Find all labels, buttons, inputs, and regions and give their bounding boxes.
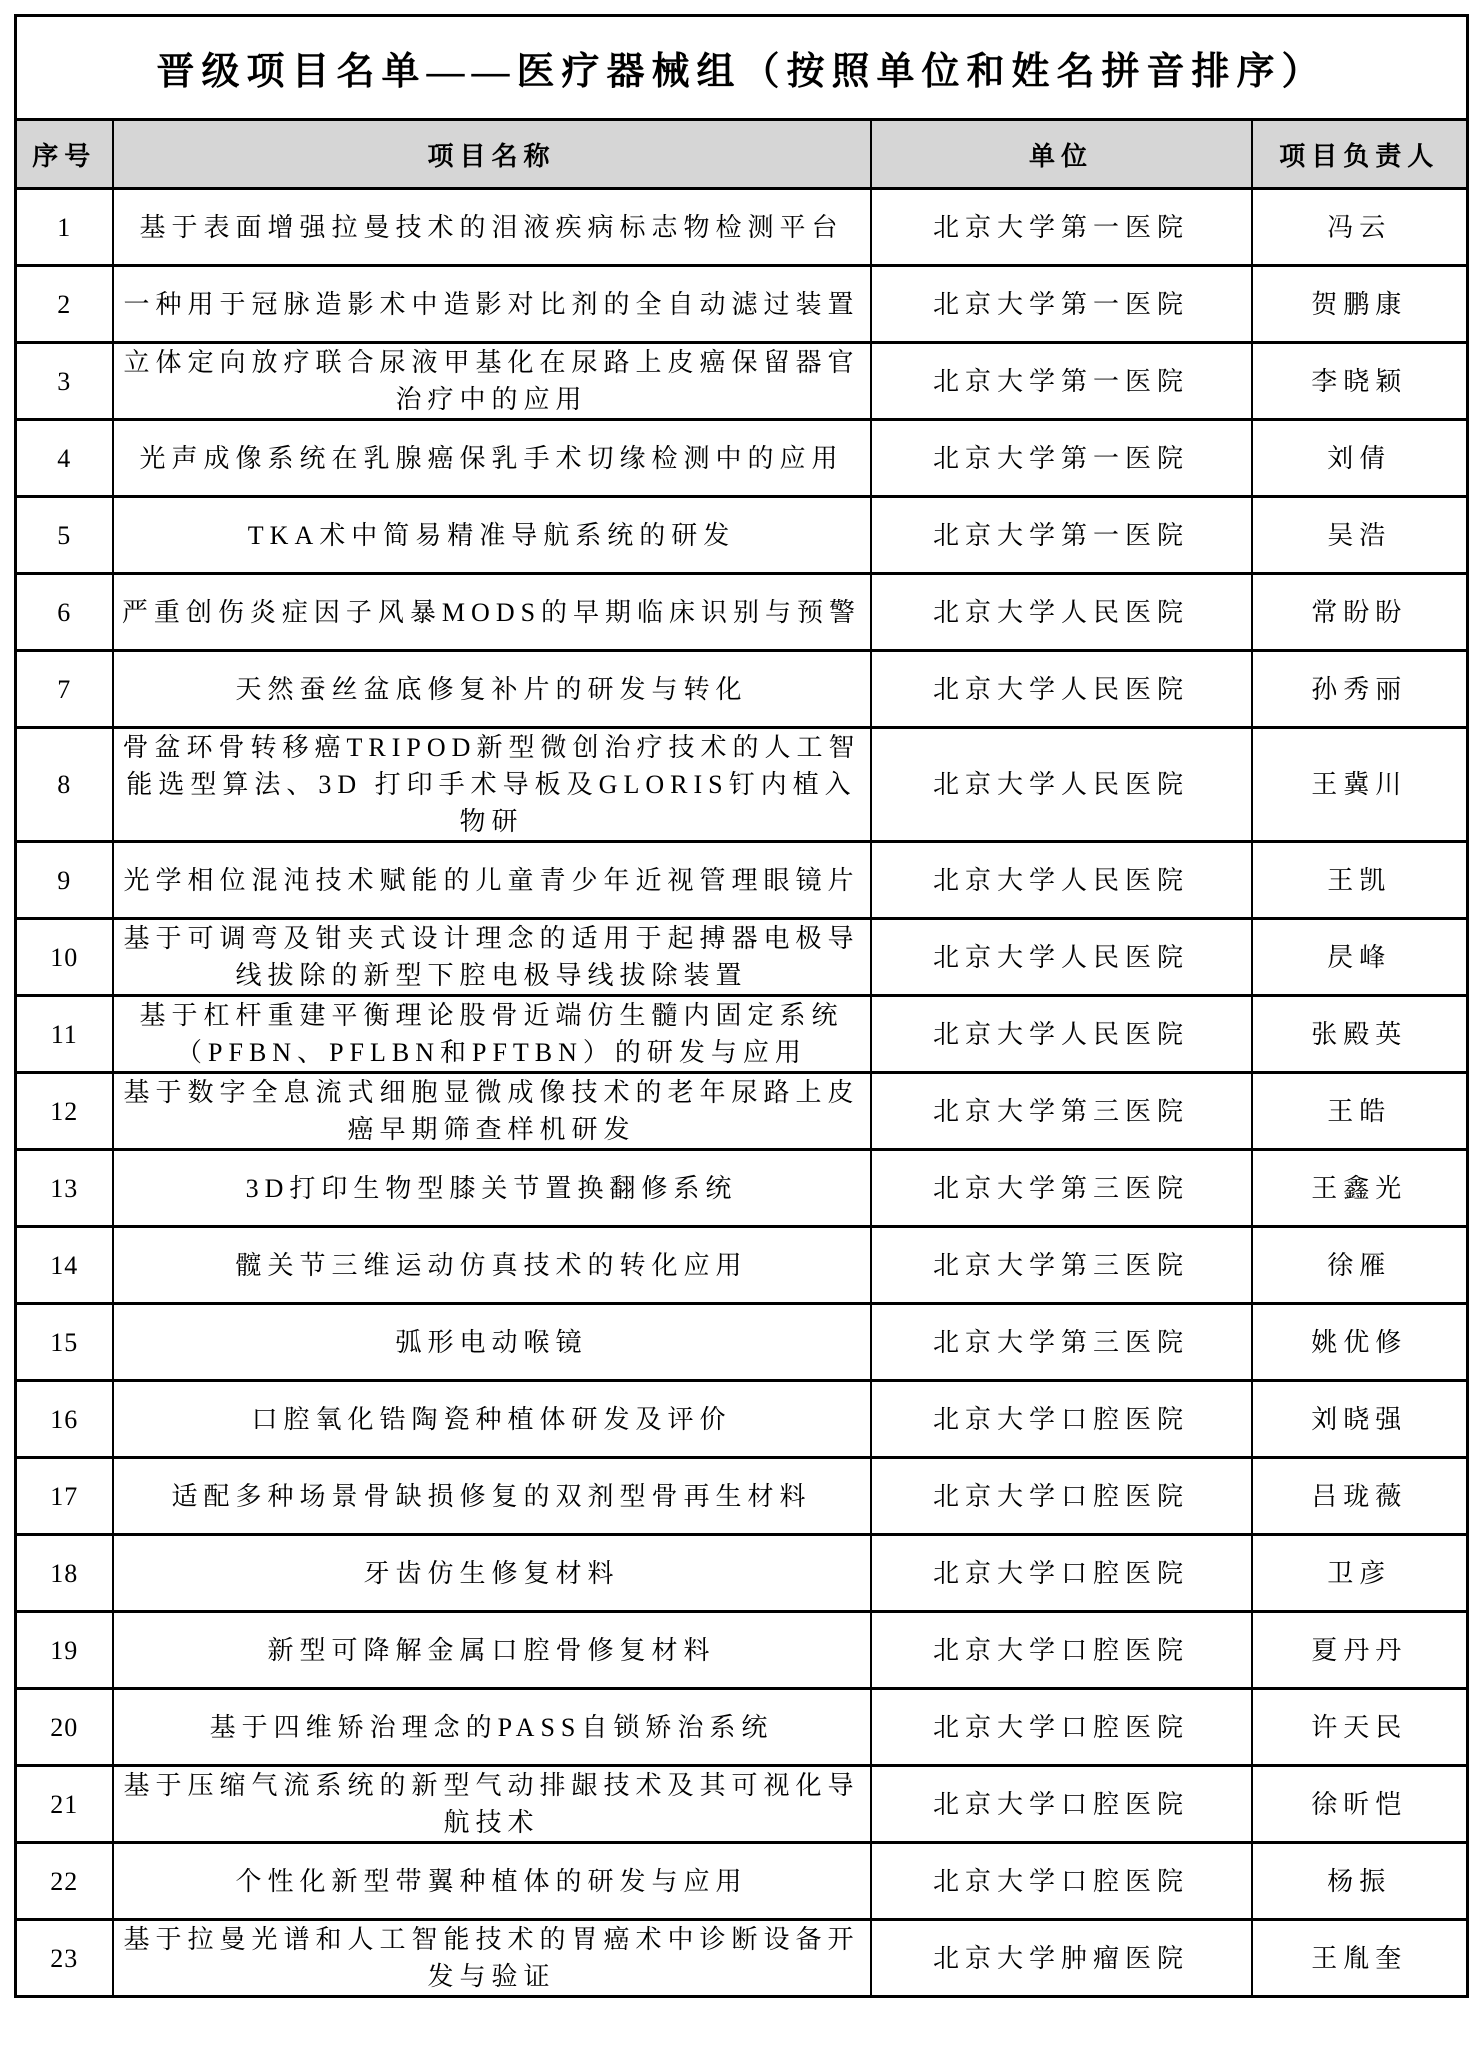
cell-unit: 北京大学人民医院 (871, 574, 1252, 651)
cell-project: 基于可调弯及钳夹式设计理念的适用于起搏器电极导线拔除的新型下腔电极导线拔除装置 (113, 919, 871, 996)
cell-no: 8 (16, 728, 113, 842)
cell-project: 立体定向放疗联合尿液甲基化在尿路上皮癌保留器官治疗中的应用 (113, 343, 871, 420)
cell-leader: 杨振 (1252, 1843, 1468, 1920)
cell-project: 基于四维矫治理念的PASS自锁矫治系统 (113, 1689, 871, 1766)
table-row: 23基于拉曼光谱和人工智能技术的胃癌术中诊断设备开发与验证北京大学肿瘤医院王胤奎 (16, 1920, 1468, 1997)
cell-project: 新型可降解金属口腔骨修复材料 (113, 1612, 871, 1689)
cell-leader: 王皓 (1252, 1073, 1468, 1150)
cell-no: 20 (16, 1689, 113, 1766)
table-row: 3立体定向放疗联合尿液甲基化在尿路上皮癌保留器官治疗中的应用北京大学第一医院李晓… (16, 343, 1468, 420)
cell-project: 严重创伤炎症因子风暴MODS的早期临床识别与预警 (113, 574, 871, 651)
cell-unit: 北京大学第一医院 (871, 420, 1252, 497)
cell-no: 18 (16, 1535, 113, 1612)
cell-unit: 北京大学口腔医院 (871, 1766, 1252, 1843)
cell-unit: 北京大学肿瘤医院 (871, 1920, 1252, 1997)
cell-unit: 北京大学第一医院 (871, 343, 1252, 420)
cell-no: 17 (16, 1458, 113, 1535)
table-row: 17适配多种场景骨缺损修复的双剂型骨再生材料北京大学口腔医院吕珑薇 (16, 1458, 1468, 1535)
table-row: 9光学相位混沌技术赋能的儿童青少年近视管理眼镜片北京大学人民医院王凯 (16, 842, 1468, 919)
cell-leader: 刘晓强 (1252, 1381, 1468, 1458)
cell-leader: 冯云 (1252, 189, 1468, 266)
cell-project: 基于数字全息流式细胞显微成像技术的老年尿路上皮癌早期筛查样机研发 (113, 1073, 871, 1150)
header-row: 序号项目名称单位项目负责人 (16, 120, 1468, 189)
cell-project: 基于杠杆重建平衡理论股骨近端仿生髓内固定系统（PFBN、PFLBN和PFTBN）… (113, 996, 871, 1073)
cell-no: 3 (16, 343, 113, 420)
cell-project: 基于拉曼光谱和人工智能技术的胃癌术中诊断设备开发与验证 (113, 1920, 871, 1997)
cell-unit: 北京大学口腔医院 (871, 1458, 1252, 1535)
cell-no: 16 (16, 1381, 113, 1458)
cell-no: 9 (16, 842, 113, 919)
cell-unit: 北京大学人民医院 (871, 842, 1252, 919)
cell-no: 19 (16, 1612, 113, 1689)
cell-unit: 北京大学第一医院 (871, 266, 1252, 343)
column-header-unit: 单位 (871, 120, 1252, 189)
column-header-leader: 项目负责人 (1252, 120, 1468, 189)
column-header-project: 项目名称 (113, 120, 871, 189)
cell-leader: 昃峰 (1252, 919, 1468, 996)
cell-leader: 王冀川 (1252, 728, 1468, 842)
table-row: 10基于可调弯及钳夹式设计理念的适用于起搏器电极导线拔除的新型下腔电极导线拔除装… (16, 919, 1468, 996)
cell-project: 髋关节三维运动仿真技术的转化应用 (113, 1227, 871, 1304)
table-row: 5TKA术中简易精准导航系统的研发北京大学第一医院吴浩 (16, 497, 1468, 574)
cell-no: 4 (16, 420, 113, 497)
cell-no: 12 (16, 1073, 113, 1150)
cell-no: 2 (16, 266, 113, 343)
cell-project: 基于压缩气流系统的新型气动排龈技术及其可视化导航技术 (113, 1766, 871, 1843)
cell-no: 7 (16, 651, 113, 728)
cell-unit: 北京大学口腔医院 (871, 1381, 1252, 1458)
table-row: 15弧形电动喉镜北京大学第三医院姚优修 (16, 1304, 1468, 1381)
cell-project: 骨盆环骨转移癌TRIPOD新型微创治疗技术的人工智能选型算法、3D 打印手术导板… (113, 728, 871, 842)
table-title: 晋级项目名单——医疗器械组（按照单位和姓名拼音排序） (16, 16, 1468, 120)
cell-leader: 王凯 (1252, 842, 1468, 919)
column-header-no: 序号 (16, 120, 113, 189)
table-row: 133D打印生物型膝关节置换翻修系统北京大学第三医院王鑫光 (16, 1150, 1468, 1227)
cell-leader: 夏丹丹 (1252, 1612, 1468, 1689)
cell-no: 6 (16, 574, 113, 651)
table-row: 16口腔氧化锆陶瓷种植体研发及评价北京大学口腔医院刘晓强 (16, 1381, 1468, 1458)
cell-unit: 北京大学人民医院 (871, 728, 1252, 842)
cell-leader: 贺鹏康 (1252, 266, 1468, 343)
cell-project: 3D打印生物型膝关节置换翻修系统 (113, 1150, 871, 1227)
table-row: 11基于杠杆重建平衡理论股骨近端仿生髓内固定系统（PFBN、PFLBN和PFTB… (16, 996, 1468, 1073)
table-row: 8骨盆环骨转移癌TRIPOD新型微创治疗技术的人工智能选型算法、3D 打印手术导… (16, 728, 1468, 842)
cell-unit: 北京大学第三医院 (871, 1150, 1252, 1227)
cell-unit: 北京大学人民医院 (871, 919, 1252, 996)
cell-no: 14 (16, 1227, 113, 1304)
cell-project: 光学相位混沌技术赋能的儿童青少年近视管理眼镜片 (113, 842, 871, 919)
cell-leader: 徐昕恺 (1252, 1766, 1468, 1843)
cell-leader: 张殿英 (1252, 996, 1468, 1073)
cell-leader: 姚优修 (1252, 1304, 1468, 1381)
cell-project: 光声成像系统在乳腺癌保乳手术切缘检测中的应用 (113, 420, 871, 497)
table-row: 20基于四维矫治理念的PASS自锁矫治系统北京大学口腔医院许天民 (16, 1689, 1468, 1766)
cell-project: TKA术中简易精准导航系统的研发 (113, 497, 871, 574)
cell-no: 22 (16, 1843, 113, 1920)
cell-leader: 刘倩 (1252, 420, 1468, 497)
cell-no: 13 (16, 1150, 113, 1227)
cell-leader: 王鑫光 (1252, 1150, 1468, 1227)
table-row: 2一种用于冠脉造影术中造影对比剂的全自动滤过装置北京大学第一医院贺鹏康 (16, 266, 1468, 343)
cell-unit: 北京大学第一医院 (871, 497, 1252, 574)
cell-unit: 北京大学口腔医院 (871, 1689, 1252, 1766)
cell-unit: 北京大学第三医院 (871, 1227, 1252, 1304)
cell-project: 天然蚕丝盆底修复补片的研发与转化 (113, 651, 871, 728)
table-row: 18牙齿仿生修复材料北京大学口腔医院卫彦 (16, 1535, 1468, 1612)
cell-project: 牙齿仿生修复材料 (113, 1535, 871, 1612)
cell-unit: 北京大学口腔医院 (871, 1612, 1252, 1689)
table-row: 7天然蚕丝盆底修复补片的研发与转化北京大学人民医院孙秀丽 (16, 651, 1468, 728)
table-row: 6严重创伤炎症因子风暴MODS的早期临床识别与预警北京大学人民医院常盼盼 (16, 574, 1468, 651)
cell-project: 个性化新型带翼种植体的研发与应用 (113, 1843, 871, 1920)
cell-leader: 吕珑薇 (1252, 1458, 1468, 1535)
title-row: 晋级项目名单——医疗器械组（按照单位和姓名拼音排序） (16, 16, 1468, 120)
cell-unit: 北京大学口腔医院 (871, 1843, 1252, 1920)
cell-leader: 卫彦 (1252, 1535, 1468, 1612)
cell-no: 15 (16, 1304, 113, 1381)
cell-no: 11 (16, 996, 113, 1073)
table-row: 1基于表面增强拉曼技术的泪液疾病标志物检测平台北京大学第一医院冯云 (16, 189, 1468, 266)
table-row: 12基于数字全息流式细胞显微成像技术的老年尿路上皮癌早期筛查样机研发北京大学第三… (16, 1073, 1468, 1150)
cell-leader: 常盼盼 (1252, 574, 1468, 651)
cell-no: 5 (16, 497, 113, 574)
cell-no: 21 (16, 1766, 113, 1843)
cell-unit: 北京大学人民医院 (871, 996, 1252, 1073)
table-row: 14髋关节三维运动仿真技术的转化应用北京大学第三医院徐雁 (16, 1227, 1468, 1304)
cell-unit: 北京大学口腔医院 (871, 1535, 1252, 1612)
cell-unit: 北京大学第一医院 (871, 189, 1252, 266)
table-row: 21基于压缩气流系统的新型气动排龈技术及其可视化导航技术北京大学口腔医院徐昕恺 (16, 1766, 1468, 1843)
cell-project: 弧形电动喉镜 (113, 1304, 871, 1381)
cell-leader: 孙秀丽 (1252, 651, 1468, 728)
cell-leader: 徐雁 (1252, 1227, 1468, 1304)
promotion-project-table: 晋级项目名单——医疗器械组（按照单位和姓名拼音排序） 序号项目名称单位项目负责人… (14, 14, 1469, 1998)
table-row: 19新型可降解金属口腔骨修复材料北京大学口腔医院夏丹丹 (16, 1612, 1468, 1689)
cell-project: 口腔氧化锆陶瓷种植体研发及评价 (113, 1381, 871, 1458)
cell-project: 基于表面增强拉曼技术的泪液疾病标志物检测平台 (113, 189, 871, 266)
cell-project: 适配多种场景骨缺损修复的双剂型骨再生材料 (113, 1458, 871, 1535)
cell-unit: 北京大学第三医院 (871, 1304, 1252, 1381)
cell-no: 1 (16, 189, 113, 266)
cell-project: 一种用于冠脉造影术中造影对比剂的全自动滤过装置 (113, 266, 871, 343)
table-row: 22个性化新型带翼种植体的研发与应用北京大学口腔医院杨振 (16, 1843, 1468, 1920)
cell-leader: 王胤奎 (1252, 1920, 1468, 1997)
cell-no: 10 (16, 919, 113, 996)
cell-leader: 李晓颖 (1252, 343, 1468, 420)
page: 晋级项目名单——医疗器械组（按照单位和姓名拼音排序） 序号项目名称单位项目负责人… (0, 0, 1480, 2050)
cell-unit: 北京大学第三医院 (871, 1073, 1252, 1150)
cell-unit: 北京大学人民医院 (871, 651, 1252, 728)
table-row: 4光声成像系统在乳腺癌保乳手术切缘检测中的应用北京大学第一医院刘倩 (16, 420, 1468, 497)
cell-no: 23 (16, 1920, 113, 1997)
cell-leader: 吴浩 (1252, 497, 1468, 574)
cell-leader: 许天民 (1252, 1689, 1468, 1766)
